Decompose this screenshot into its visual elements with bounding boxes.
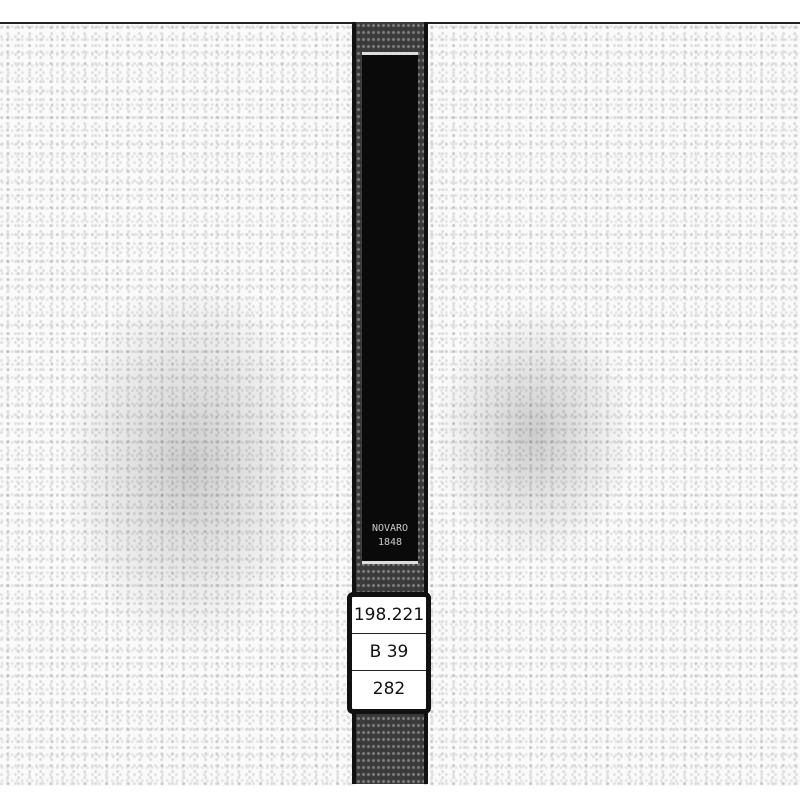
- stain: [434, 304, 634, 564]
- call-number-class: 198.221: [352, 597, 426, 634]
- imprint-place: NOVARO: [362, 522, 418, 536]
- call-number-item: 282: [352, 671, 426, 707]
- front-cover: [0, 22, 356, 786]
- stain: [60, 274, 320, 654]
- imprint-year: 1848: [362, 536, 418, 550]
- spine-imprint: NOVARO 1848: [362, 522, 418, 550]
- back-cover: [424, 22, 800, 786]
- spine-title: [362, 60, 418, 500]
- call-number-cutter: B 39: [352, 634, 426, 671]
- call-number-label: 198.221 B 39 282: [347, 592, 431, 714]
